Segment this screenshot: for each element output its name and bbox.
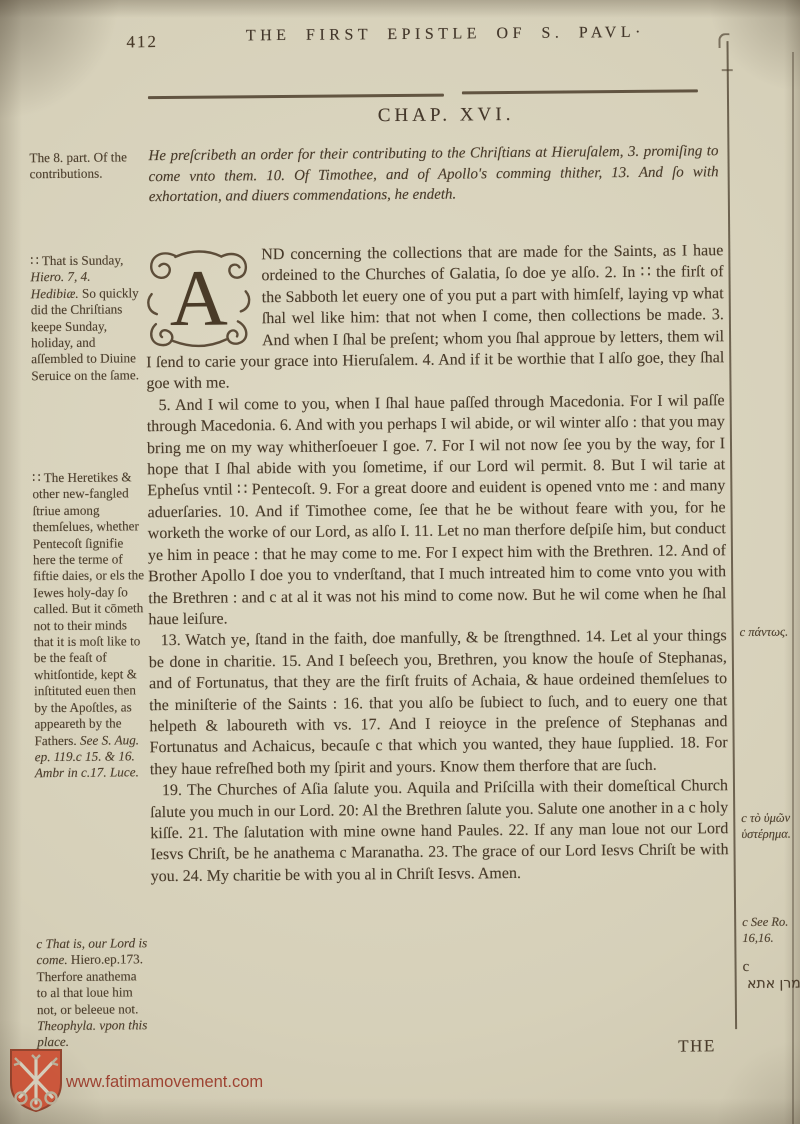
note-citation: Theophyla. vpon this place.: [37, 1017, 147, 1049]
body-paragraph: 5. And I wil come to you, when I ſhal ha…: [147, 390, 727, 631]
scanned-book-page: 412 THE FIRST EPISTLE OF S. PAVL· CHAP. …: [0, 0, 800, 1124]
body-paragraph: 13. Watch ye, ſtand in the faith, doe ma…: [149, 625, 728, 780]
left-margin-note-maranatha: c That is, our Lord is come. Hiero.ep.17…: [36, 935, 148, 1051]
drop-cap-ornament-icon: A: [145, 247, 252, 348]
drop-cap-woodcut: A: [145, 247, 252, 348]
note-ref: c: [740, 625, 746, 639]
watermark-url: www.fatimamovement.com: [66, 1073, 263, 1092]
left-margin-note-pentecost: ∷ The Heretikes & other new-fangled ſtri…: [32, 469, 146, 782]
note-ref: c: [742, 915, 748, 929]
body-paragraph: 19. The Churches of Aſia ſalute you. Aqu…: [150, 775, 729, 887]
note-ref: c: [741, 811, 747, 825]
page-edge-line: [792, 52, 794, 1124]
page-content: 412 THE FIRST EPISTLE OF S. PAVL· CHAP. …: [0, 0, 800, 1124]
right-margin-note-greek: c πάντως.: [740, 625, 798, 641]
running-title: THE FIRST EPISTLE OF S. PAVL·: [165, 23, 725, 46]
header-rule-right: [462, 89, 698, 94]
body-paragraph: A ND concerning the collections that are…: [145, 240, 724, 395]
body-paragraph-text: 19. The Churches of Aſia ſalute you. Aqu…: [150, 777, 728, 885]
column-rule-hook: [718, 33, 729, 48]
header-rule-left: [148, 94, 444, 99]
chapter-heading: CHAP. XVI.: [316, 103, 576, 127]
body-paragraph-text: 13. Watch ye, ſtand in the faith, doe ma…: [149, 627, 728, 777]
left-margin-note-sunday: ∷ That is Sunday, Hiero. 7, 4. Hedibiæ. …: [30, 252, 142, 384]
note-text: τὸ ὑμῶν ὑστέρημα.: [741, 811, 791, 841]
column-rule-tick: [722, 69, 733, 71]
argument-margin-note: The 8. part. Of the con­tributions.: [29, 149, 140, 183]
page-number: 412: [126, 32, 158, 52]
watermark-shield-icon: [8, 1047, 64, 1114]
drop-cap-letter: A: [169, 254, 228, 343]
body-text-column: A ND concerning the collections that are…: [145, 240, 729, 887]
catchword: THE: [678, 1036, 716, 1056]
chapter-argument: He preſcribeth an order for their contri…: [148, 141, 719, 208]
right-margin-note-greek: c τὸ ὑμῶν ὑστέρημα.: [741, 811, 799, 843]
note-ref: c: [742, 959, 749, 975]
note-text: See Ro. 16,16.: [742, 915, 788, 945]
body-paragraph-text: 5. And I wil come to you, when I ſhal ha…: [147, 392, 727, 628]
note-text: ∷ That is Sunday,: [30, 252, 123, 268]
note-text: πάντως.: [748, 625, 788, 639]
note-text: ∷ The Heretikes & other new-fangled ſtri…: [32, 469, 144, 747]
